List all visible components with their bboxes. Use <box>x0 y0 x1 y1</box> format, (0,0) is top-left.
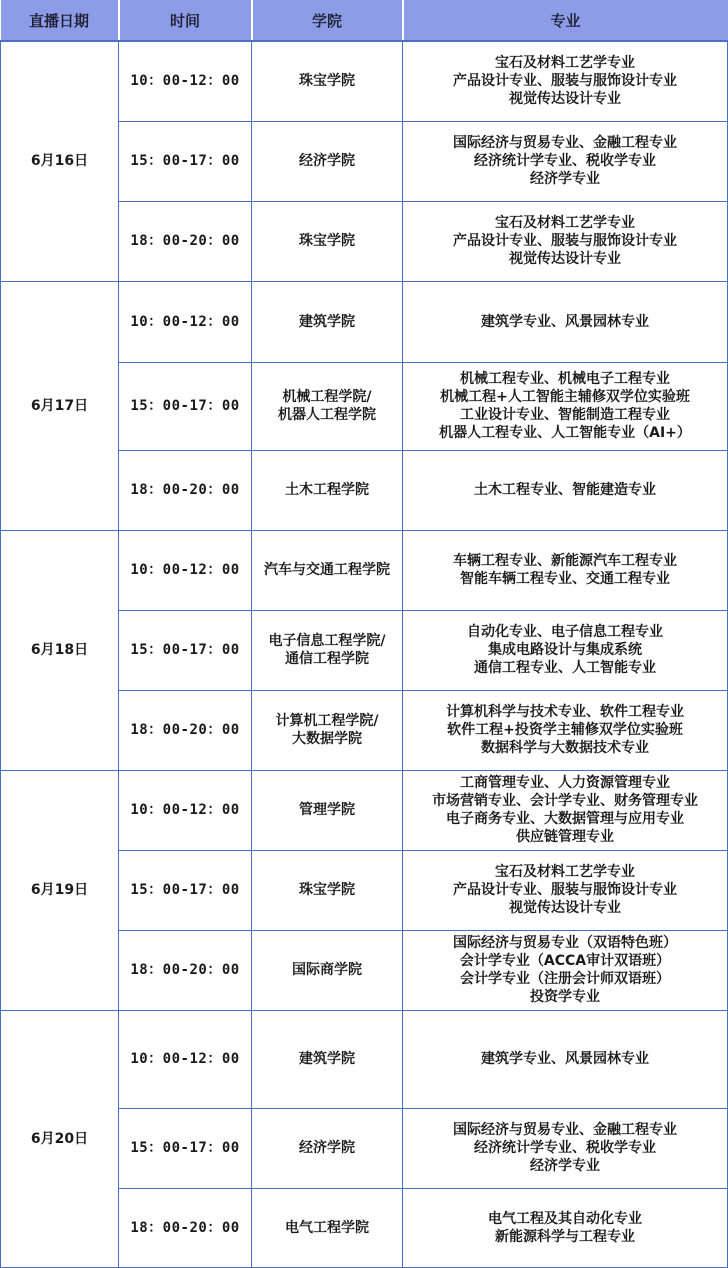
major-line: 软件工程+投资学主辅修双学位实验班 <box>405 721 725 739</box>
time-cell: 10：00-12：00 <box>119 281 252 362</box>
time-cell: 10：00-12：00 <box>119 530 252 610</box>
college-line: 建筑学院 <box>254 313 400 331</box>
major-line: 国际经济与贸易专业（双语特色班） <box>405 934 725 952</box>
major-line: 供应链管理专业 <box>405 828 725 846</box>
date-cell: 6月18日 <box>1 530 119 770</box>
header-college: 学院 <box>252 0 403 41</box>
major-line: 建筑学专业、风景园林专业 <box>405 1050 725 1068</box>
college-cell: 珠宝学院 <box>252 41 403 121</box>
major-cell: 国际经济与贸易专业、金融工程专业 经济统计学专业、税收学专业 经济学专业 <box>403 121 728 201</box>
college-line: 机器人工程学院 <box>254 406 400 424</box>
major-line: 会计学专业（ACCA审计双语班） <box>405 952 725 970</box>
major-line: 经济统计学专业、税收学专业 <box>405 152 725 170</box>
major-line: 机器人工程专业、人工智能专业（AI+） <box>405 424 725 442</box>
header-major: 专业 <box>403 0 728 41</box>
major-line: 电气工程及其自动化专业 <box>405 1210 725 1228</box>
major-cell: 宝石及材料工艺学专业 产品设计专业、服装与服饰设计专业 视觉传达设计专业 <box>403 41 728 121</box>
table-row: 6月17日 10：00-12：00 建筑学院 建筑学专业、风景园林专业 <box>1 281 728 362</box>
major-line: 机械工程+人工智能主辅修双学位实验班 <box>405 388 725 406</box>
time-cell: 15：00-17：00 <box>119 610 252 690</box>
table-row: 6月19日 10：00-12：00 管理学院 工商管理专业、人力资源管理专业 市… <box>1 770 728 850</box>
date-cell: 6月16日 <box>1 41 119 281</box>
major-line: 视觉传达设计专业 <box>405 250 725 268</box>
major-line: 产品设计专业、服装与服饰设计专业 <box>405 232 725 250</box>
major-cell: 工商管理专业、人力资源管理专业 市场营销专业、会计学专业、财务管理专业 电子商务… <box>403 770 728 850</box>
time-cell: 18：00-20：00 <box>119 930 252 1010</box>
major-line: 经济学专业 <box>405 1157 725 1175</box>
college-cell: 经济学院 <box>252 1108 403 1188</box>
college-line: 汽车与交通工程学院 <box>254 561 400 579</box>
time-cell: 15：00-17：00 <box>119 1108 252 1188</box>
live-schedule-table: 直播日期 时间 学院 专业 6月16日 10：00-12：00 珠宝学院 宝石及… <box>0 0 728 1268</box>
college-line: 通信工程学院 <box>254 650 400 668</box>
major-line: 投资学专业 <box>405 988 725 1006</box>
major-line: 新能源科学与工程专业 <box>405 1228 725 1246</box>
time-cell: 10：00-12：00 <box>119 41 252 121</box>
major-line: 工业设计专业、智能制造工程专业 <box>405 406 725 424</box>
time-cell: 18：00-20：00 <box>119 450 252 530</box>
college-cell: 汽车与交通工程学院 <box>252 530 403 610</box>
college-cell: 管理学院 <box>252 770 403 850</box>
college-line: 珠宝学院 <box>254 72 400 90</box>
college-cell: 经济学院 <box>252 121 403 201</box>
major-line: 车辆工程专业、新能源汽车工程专业 <box>405 552 725 570</box>
schedule-body: 6月16日 10：00-12：00 珠宝学院 宝石及材料工艺学专业 产品设计专业… <box>1 41 728 1267</box>
major-line: 宝石及材料工艺学专业 <box>405 214 725 232</box>
college-cell: 国际商学院 <box>252 930 403 1010</box>
major-cell: 自动化专业、电子信息工程专业 集成电路设计与集成系统 通信工程专业、人工智能专业 <box>403 610 728 690</box>
major-line: 会计学专业（注册会计师双语班） <box>405 970 725 988</box>
header-row: 直播日期 时间 学院 专业 <box>1 0 728 41</box>
college-line: 管理学院 <box>254 801 400 819</box>
major-cell: 土木工程专业、智能建造专业 <box>403 450 728 530</box>
date-cell: 6月17日 <box>1 281 119 530</box>
major-line: 经济学专业 <box>405 170 725 188</box>
major-line: 宝石及材料工艺学专业 <box>405 863 725 881</box>
time-cell: 18：00-20：00 <box>119 201 252 281</box>
college-cell: 建筑学院 <box>252 1010 403 1108</box>
college-cell: 土木工程学院 <box>252 450 403 530</box>
time-cell: 15：00-17：00 <box>119 121 252 201</box>
college-cell: 计算机工程学院/ 大数据学院 <box>252 690 403 770</box>
major-line: 视觉传达设计专业 <box>405 899 725 917</box>
major-line: 智能车辆工程专业、交通工程专业 <box>405 570 725 588</box>
major-line: 电子商务专业、大数据管理与应用专业 <box>405 810 725 828</box>
college-line: 建筑学院 <box>254 1050 400 1068</box>
college-line: 土木工程学院 <box>254 481 400 499</box>
major-line: 建筑学专业、风景园林专业 <box>405 313 725 331</box>
college-line: 电子信息工程学院/ <box>254 632 400 650</box>
college-line: 国际商学院 <box>254 961 400 979</box>
major-line: 宝石及材料工艺学专业 <box>405 54 725 72</box>
major-line: 土木工程专业、智能建造专业 <box>405 481 725 499</box>
college-line: 经济学院 <box>254 1139 400 1157</box>
college-cell: 建筑学院 <box>252 281 403 362</box>
major-line: 计算机科学与技术专业、软件工程专业 <box>405 703 725 721</box>
major-line: 集成电路设计与集成系统 <box>405 641 725 659</box>
college-cell: 机械工程学院/ 机器人工程学院 <box>252 362 403 450</box>
time-cell: 10：00-12：00 <box>119 1010 252 1108</box>
college-cell: 珠宝学院 <box>252 201 403 281</box>
major-cell: 宝石及材料工艺学专业 产品设计专业、服装与服饰设计专业 视觉传达设计专业 <box>403 850 728 930</box>
major-line: 工商管理专业、人力资源管理专业 <box>405 774 725 792</box>
major-line: 产品设计专业、服装与服饰设计专业 <box>405 881 725 899</box>
college-cell: 电子信息工程学院/ 通信工程学院 <box>252 610 403 690</box>
major-line: 数据科学与大数据技术专业 <box>405 739 725 757</box>
college-line: 计算机工程学院/ <box>254 712 400 730</box>
time-cell: 10：00-12：00 <box>119 770 252 850</box>
major-line: 通信工程专业、人工智能专业 <box>405 659 725 677</box>
time-cell: 15：00-17：00 <box>119 362 252 450</box>
college-line: 经济学院 <box>254 152 400 170</box>
major-cell: 建筑学专业、风景园林专业 <box>403 1010 728 1108</box>
college-line: 大数据学院 <box>254 730 400 748</box>
major-cell: 计算机科学与技术专业、软件工程专业 软件工程+投资学主辅修双学位实验班 数据科学… <box>403 690 728 770</box>
major-cell: 建筑学专业、风景园林专业 <box>403 281 728 362</box>
major-line: 国际经济与贸易专业、金融工程专业 <box>405 134 725 152</box>
table-row: 6月18日 10：00-12：00 汽车与交通工程学院 车辆工程专业、新能源汽车… <box>1 530 728 610</box>
college-line: 电气工程学院 <box>254 1219 400 1237</box>
time-cell: 18：00-20：00 <box>119 690 252 770</box>
major-line: 经济统计学专业、税收学专业 <box>405 1139 725 1157</box>
major-cell: 车辆工程专业、新能源汽车工程专业 智能车辆工程专业、交通工程专业 <box>403 530 728 610</box>
date-cell: 6月19日 <box>1 770 119 1010</box>
table-row: 6月16日 10：00-12：00 珠宝学院 宝石及材料工艺学专业 产品设计专业… <box>1 41 728 121</box>
major-cell: 国际经济与贸易专业（双语特色班） 会计学专业（ACCA审计双语班） 会计学专业（… <box>403 930 728 1010</box>
time-cell: 15：00-17：00 <box>119 850 252 930</box>
major-line: 产品设计专业、服装与服饰设计专业 <box>405 72 725 90</box>
header-time: 时间 <box>119 0 252 41</box>
college-cell: 珠宝学院 <box>252 850 403 930</box>
college-line: 珠宝学院 <box>254 232 400 250</box>
college-line: 机械工程学院/ <box>254 388 400 406</box>
major-cell: 机械工程专业、机械电子工程专业 机械工程+人工智能主辅修双学位实验班 工业设计专… <box>403 362 728 450</box>
major-cell: 宝石及材料工艺学专业 产品设计专业、服装与服饰设计专业 视觉传达设计专业 <box>403 201 728 281</box>
major-line: 市场营销专业、会计学专业、财务管理专业 <box>405 792 725 810</box>
major-cell: 国际经济与贸易专业、金融工程专业 经济统计学专业、税收学专业 经济学专业 <box>403 1108 728 1188</box>
date-cell: 6月20日 <box>1 1010 119 1267</box>
college-cell: 电气工程学院 <box>252 1188 403 1267</box>
major-line: 机械工程专业、机械电子工程专业 <box>405 370 725 388</box>
major-line: 视觉传达设计专业 <box>405 90 725 108</box>
time-cell: 18：00-20：00 <box>119 1188 252 1267</box>
major-line: 国际经济与贸易专业、金融工程专业 <box>405 1121 725 1139</box>
header-date: 直播日期 <box>1 0 119 41</box>
table-row: 6月20日 10：00-12：00 建筑学院 建筑学专业、风景园林专业 <box>1 1010 728 1108</box>
college-line: 珠宝学院 <box>254 881 400 899</box>
major-cell: 电气工程及其自动化专业 新能源科学与工程专业 <box>403 1188 728 1267</box>
major-line: 自动化专业、电子信息工程专业 <box>405 623 725 641</box>
